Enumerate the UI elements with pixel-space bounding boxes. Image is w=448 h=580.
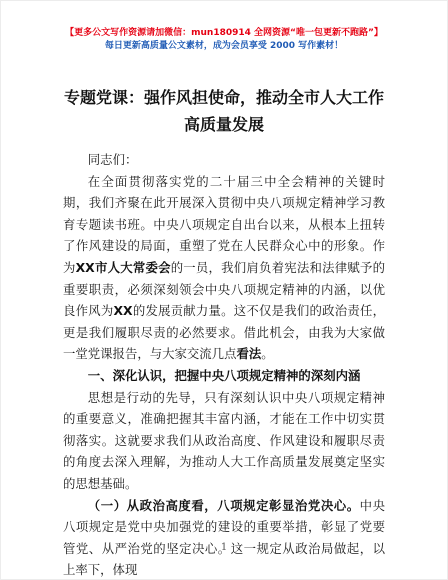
paragraph-body-4: （一）从政治高度看，八项规定彰显治党决心。中央八项规定是党中央加强党的建设的重要…: [63, 495, 385, 580]
paragraph-body-3: 思想是行动的先导，只有深刻认识中央八项规定精神的重要意义，准确把握其丰富内涵，才…: [63, 387, 385, 495]
text-run: 思想是行动的先导，只有深刻认识中央八项规定精神的重要意义，准确把握其丰富内涵，才…: [63, 390, 385, 491]
bold-text-run: 一、深化认识，把握中央八项规定精神的深刻内涵: [88, 368, 361, 383]
document-title: 专题党课：强作风担使命，推动全市人大工作高质量发展: [59, 84, 389, 138]
promo-header-line2: 每日更新高质量公文素材，成为会员享受 2000 写作素材！: [1, 40, 447, 53]
promo-header: 【更多公文写作资源请加微信：mun180914 全网资源“唯一包更新不跑路”】 …: [1, 1, 447, 53]
page-number: 1: [1, 542, 447, 553]
document-page: 【更多公文写作资源请加微信：mun180914 全网资源“唯一包更新不跑路”】 …: [0, 0, 448, 580]
text-run: 。: [261, 346, 273, 361]
promo-header-line1: 【更多公文写作资源请加微信：mun180914 全网资源“唯一包更新不跑路”】: [1, 26, 447, 40]
bold-text-run: 看法: [236, 346, 261, 361]
bold-text-run: XX: [113, 303, 132, 318]
text-run: 同志们：: [88, 152, 138, 167]
document-body: 同志们：在全面贯彻落实党的二十届三中全会精神的关键时期，我们齐聚在此开展深入贯彻…: [63, 149, 385, 580]
paragraph-heading-2: 一、深化认识，把握中央八项规定精神的深刻内涵: [63, 365, 385, 387]
bold-text-run: XX市人大常委会: [76, 260, 171, 275]
bold-text-run: （一）从政治高度看，八项规定彰显治党决心。: [88, 498, 360, 513]
paragraph-salutation-0: 同志们：: [63, 149, 385, 171]
paragraph-body-1: 在全面贯彻落实党的二十届三中全会精神的关键时期，我们齐聚在此开展深入贯彻中央八项…: [63, 171, 385, 365]
